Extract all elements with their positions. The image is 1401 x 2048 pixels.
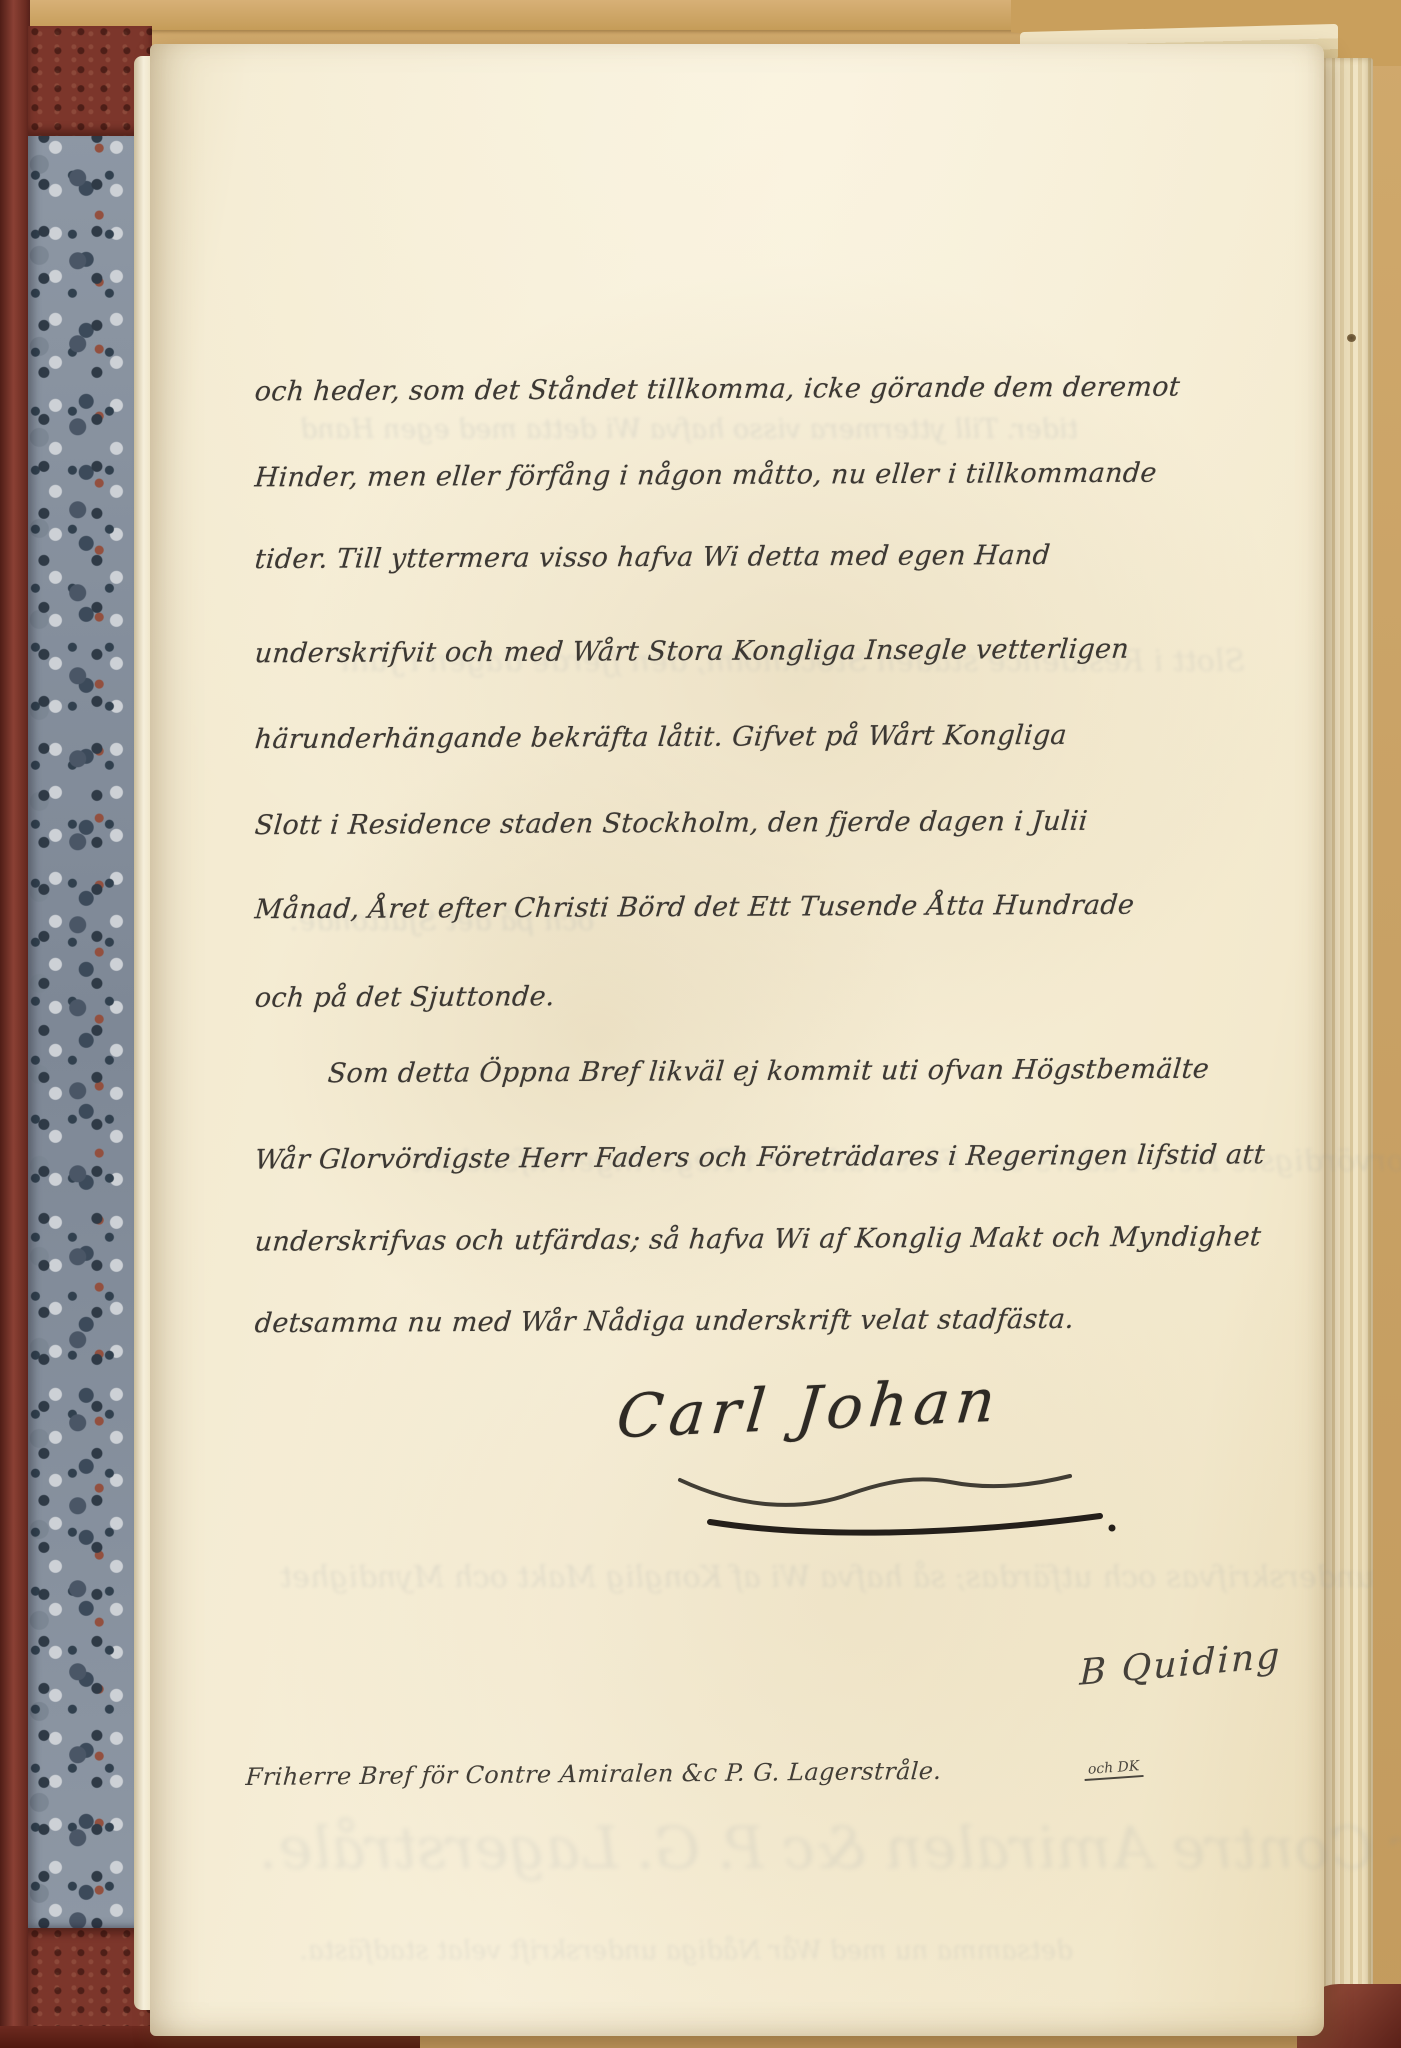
manuscript-page: tider. Till yttermera visso hafva Wi det… [150,44,1324,2036]
royal-signature: Carl Johan [614,1366,1005,1453]
manuscript-line: Hinder, men eller förfång i någon måtto,… [254,458,1159,494]
manuscript-line: Wår Glorvördigste Herr Faders och Företr… [254,1139,1267,1175]
manuscript-line: Slott i Residence staden Stockholm, den … [254,806,1089,841]
wormhole-spot [1347,334,1356,342]
bleed-through-text: underskrifvas och utfärdas; så hafva Wi … [279,1560,1376,1595]
countersignature: B Quiding [1079,1635,1282,1693]
manuscript-line: detsamma nu med Wår Nådiga underskrift v… [254,1304,1076,1339]
manuscript-line: och på det Sjuttonde. [254,981,556,1014]
manuscript-line: Månad, Året efter Christi Börd det Ett T… [254,890,1136,926]
manuscript-line: och heder, som det Ståndet tillkomma, ic… [254,372,1182,408]
manuscript-line: härunderhängande bekräfta låtit. Gifvet … [254,720,1069,755]
manuscript-scan: tider. Till yttermera visso hafva Wi det… [0,0,1401,2048]
registry-mark: och DK [1083,1758,1144,1781]
manuscript-line: underskrifvas och utfärdas; så hafva Wi … [254,1221,1263,1257]
bleed-through-text: Friherre Bref för Contre Amiralen &c P. … [258,1814,1401,1882]
bleed-through-text: detsamma nu med Wår Nådiga underskrift v… [299,1936,1074,1966]
manuscript-line: tider. Till yttermera visso hafva Wi det… [254,540,1052,575]
signature-flourish [650,1442,1130,1552]
page-stack-edge [1317,58,1373,2014]
docket-line: Friherre Bref för Contre Amiralen &c P. … [245,1757,942,1791]
manuscript-line: underskrifvit och med Wårt Stora Konglig… [254,634,1131,670]
bleed-through-text: tider. Till yttermera visso hafva Wi det… [299,414,1079,445]
book-spine-leather [0,0,30,2048]
manuscript-line: Som detta Öppna Bref likväl ej kommit ut… [327,1054,1211,1090]
